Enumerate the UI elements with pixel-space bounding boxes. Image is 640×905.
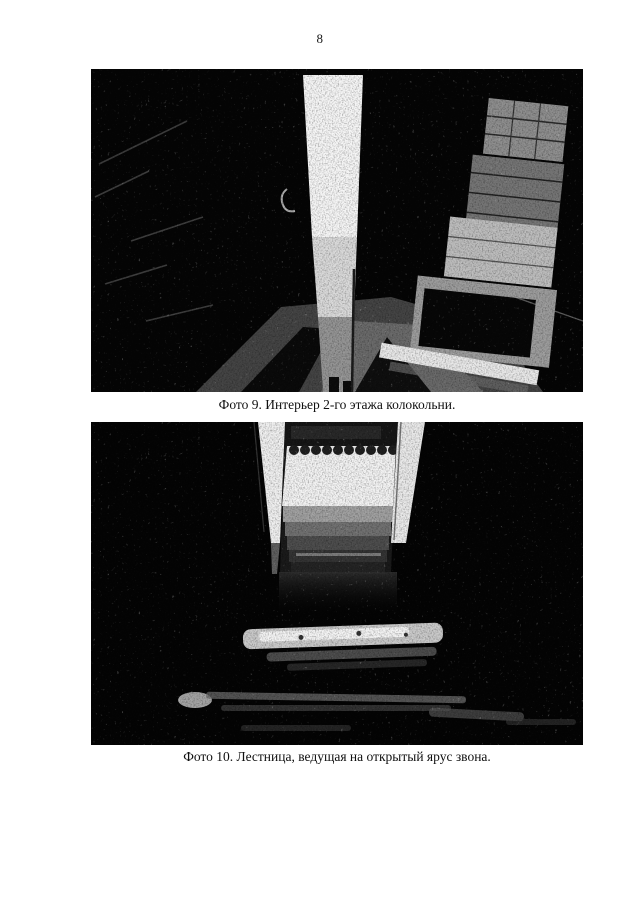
dither-white — [91, 422, 583, 745]
caption-photo-9: Фото 9. Интерьер 2-го этажа колокольни. — [91, 397, 583, 413]
photo-10-image — [91, 422, 583, 745]
figure-photo-9 — [91, 69, 583, 392]
document-page: 8 — [0, 0, 640, 905]
dither-white — [91, 69, 583, 392]
photo-9-image — [91, 69, 583, 392]
page-number: 8 — [0, 31, 640, 47]
caption-photo-10: Фото 10. Лестница, ведущая на открытый я… — [91, 749, 583, 765]
figure-photo-10 — [91, 422, 583, 745]
